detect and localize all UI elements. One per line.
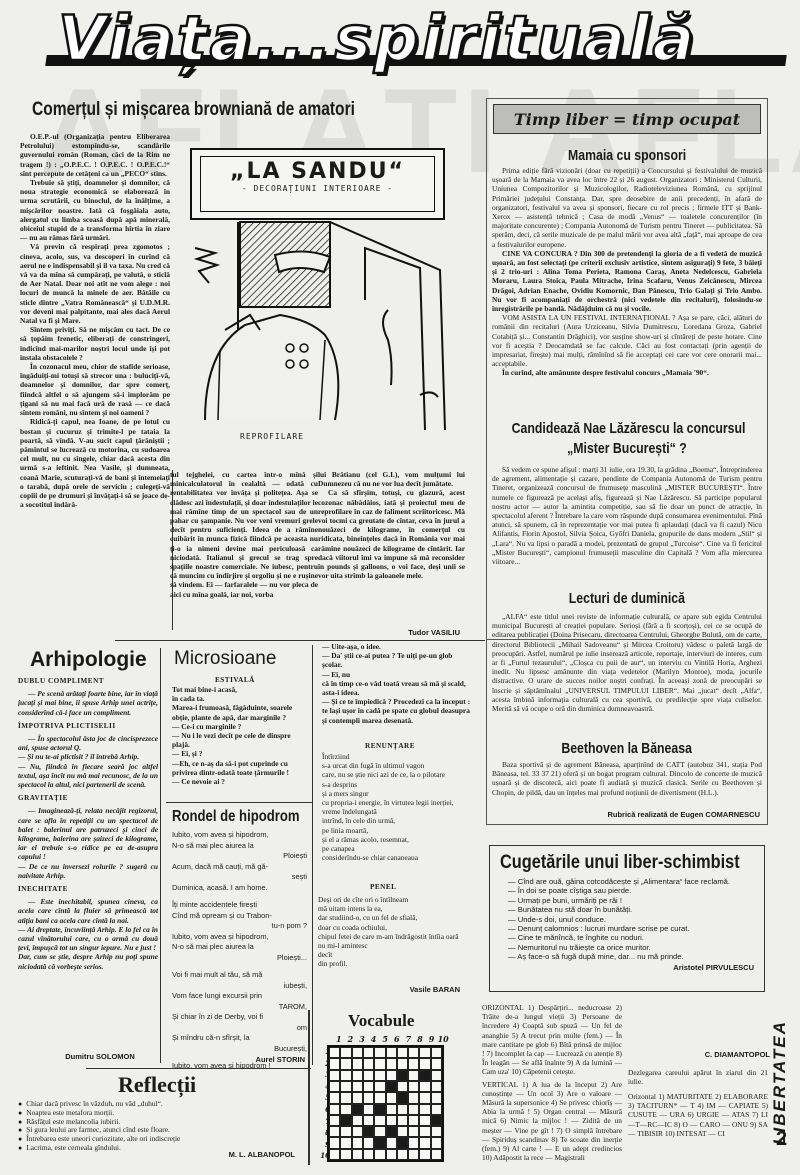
crossword-column-numbers: 12345678910: [333, 1034, 473, 1044]
estivala-kicker: ESTIVALĂ: [215, 676, 255, 684]
article-comert-col1: O.E.P.-ul (Organizația pentru Eliberarea…: [20, 132, 170, 632]
estivala-poem-part2: — Uite-așa, o idee. — Da' știi ce-ai put…: [322, 642, 472, 732]
crossword-cell[interactable]: [329, 1126, 340, 1137]
crossword-cell[interactable]: [340, 1047, 351, 1058]
poem-line: om: [172, 1023, 307, 1034]
poem-line: Voi fi mai mult al tău, să mă: [172, 970, 307, 981]
crossword-cell[interactable]: [386, 1115, 397, 1126]
crossword-cell[interactable]: [419, 1092, 430, 1103]
crossword-cell[interactable]: [340, 1137, 351, 1148]
crossword-cell[interactable]: [408, 1081, 419, 1092]
crossword-grid[interactable]: [327, 1045, 444, 1162]
crossword-cell[interactable]: [340, 1081, 351, 1092]
poem-line: Ploiești: [172, 851, 307, 862]
poem-line: Și chiar în zi de Derby, voi fi: [172, 1012, 307, 1023]
crossword-cell[interactable]: [329, 1149, 340, 1160]
horizontal-divider: [115, 640, 485, 641]
crossword-cell[interactable]: [363, 1092, 374, 1103]
column-number: 3: [356, 1034, 368, 1044]
column-number: 10: [437, 1034, 449, 1044]
crossword-cell[interactable]: [352, 1137, 363, 1148]
crossword-cell[interactable]: [363, 1047, 374, 1058]
poem-line: Iubito, vom avea și hipodrom,: [172, 932, 307, 943]
horizontal-divider: [166, 802, 312, 803]
crossword-cell[interactable]: [374, 1058, 385, 1069]
crossword-cell: [397, 1092, 408, 1103]
crossword-cell[interactable]: [397, 1104, 408, 1115]
arhipologie-title: Arhipologie: [30, 648, 147, 672]
crossword-cell[interactable]: [408, 1104, 419, 1115]
poem-line: N-o să mai plec aiurea la: [172, 841, 307, 852]
crossword-cell[interactable]: [363, 1115, 374, 1126]
crossword-cell[interactable]: [329, 1081, 340, 1092]
crossword-cell[interactable]: [408, 1126, 419, 1137]
crossword-cell[interactable]: [352, 1115, 363, 1126]
crossword-cell[interactable]: [374, 1115, 385, 1126]
crossword-cell[interactable]: [397, 1126, 408, 1137]
crossword-cell[interactable]: [363, 1137, 374, 1148]
crossword-cell[interactable]: [329, 1070, 340, 1081]
crossword-cell[interactable]: [352, 1047, 363, 1058]
estivala-poem-part1: Tot mai bine-i acasă, în cada ta. Marea-…: [172, 685, 307, 795]
crossword-cell[interactable]: [419, 1104, 430, 1115]
crossword-cell[interactable]: [431, 1058, 442, 1069]
crossword-cell[interactable]: [408, 1115, 419, 1126]
cugetari-box: Cugetările unui liber-schimbist — Cînd a…: [489, 845, 765, 992]
column-divider: [308, 1010, 310, 1165]
crossword-cell[interactable]: [374, 1149, 385, 1160]
author-diamantopol: C. DIAMANTOPOL: [680, 1050, 770, 1059]
crossword-cell[interactable]: [363, 1104, 374, 1115]
masthead: Viața...spirituală: [40, 8, 775, 70]
crossword-cell[interactable]: [363, 1058, 374, 1069]
cartoon-drawing-icon: [180, 140, 485, 430]
crossword-cell[interactable]: [386, 1104, 397, 1115]
poem-line: tu-n pom ?: [172, 921, 307, 932]
crossword-cell[interactable]: [397, 1149, 408, 1160]
column-number: 9: [426, 1034, 438, 1044]
crossword-cell[interactable]: [408, 1047, 419, 1058]
crossword-cell[interactable]: [386, 1047, 397, 1058]
crossword-cell[interactable]: [408, 1070, 419, 1081]
poem-line: Acum, dacă mă cauți, mă gă-: [172, 862, 307, 873]
crossword-cell[interactable]: [419, 1058, 430, 1069]
crossword-cell[interactable]: [419, 1115, 430, 1126]
crossword-cell[interactable]: [431, 1126, 442, 1137]
crossword-cell[interactable]: [397, 1081, 408, 1092]
poem-line: TAROM,: [172, 1002, 307, 1013]
author-storin: Aurel STORIN: [220, 1055, 305, 1064]
renuntare-kicker: RENUNȚARE: [365, 742, 415, 750]
crossword-cell[interactable]: [352, 1070, 363, 1081]
crossword-cell[interactable]: [408, 1092, 419, 1103]
column-divider: [160, 648, 161, 1063]
page-title: Viața...spirituală: [58, 2, 697, 75]
crossword-cell[interactable]: [340, 1092, 351, 1103]
poem-line: Ploiești...: [172, 953, 307, 964]
crossword-cell[interactable]: [431, 1081, 442, 1092]
cartoon-illustration: „LA SANDU“ - DECORAȚIUNI INTERIOARE -: [180, 140, 485, 430]
article-comert-col3: lui Brătianu (cel G.I.), vom mulțumi lui…: [318, 470, 465, 610]
crossword-cell[interactable]: [352, 1126, 363, 1137]
crossword-cell: [352, 1104, 363, 1115]
crossword-cell[interactable]: [419, 1081, 430, 1092]
renuntare-poem: Întîrziind s-a urcat din fugă în ultimul…: [322, 752, 472, 860]
penel-kicker: PENEL: [370, 883, 396, 891]
crossword-cell: [374, 1104, 385, 1115]
crossword-cell[interactable]: [419, 1137, 430, 1148]
crossword-cell[interactable]: [386, 1058, 397, 1069]
author-baran: Vasile BARAN: [360, 985, 460, 994]
crossword-cell[interactable]: [431, 1092, 442, 1103]
crossword-cell[interactable]: [340, 1104, 351, 1115]
crossword-cell[interactable]: [363, 1149, 374, 1160]
crossword-cell[interactable]: [408, 1058, 419, 1069]
crossword-cell[interactable]: [340, 1149, 351, 1160]
crossword-cell[interactable]: [431, 1137, 442, 1148]
timp-liber-frame: [486, 98, 768, 825]
crossword-cell: [386, 1126, 397, 1137]
crossword-cell: [419, 1070, 430, 1081]
arhipologie-article: DUBLU COMPLIMENT — Pe scenă arătați foar…: [18, 672, 158, 1052]
crossword-cell[interactable]: [386, 1137, 397, 1148]
poem-line: Vom face lungi excursii prin: [172, 991, 307, 1002]
crossword-cell[interactable]: [374, 1092, 385, 1103]
author-solomon: Dumitru SOLOMON: [40, 1052, 160, 1061]
poem-line: Duminica, acasă. I am home.: [172, 883, 307, 894]
penel-poem: Deși ori de cîte ori o întîlneam mă uita…: [318, 895, 468, 985]
poem-line: Și mîndru că-n sfîrșit, la: [172, 1033, 307, 1044]
crossword-cell: [386, 1081, 397, 1092]
crossword-cell[interactable]: [374, 1047, 385, 1058]
column-number: 8: [414, 1034, 426, 1044]
crossword-cell[interactable]: [329, 1047, 340, 1058]
crossword-cell[interactable]: [431, 1104, 442, 1115]
article-comert-col2: tul tejghelei, cu cartea într-o mînă și …: [170, 470, 318, 630]
crossword-cell[interactable]: [329, 1115, 340, 1126]
crossword-cell[interactable]: [397, 1115, 408, 1126]
column-number: 5: [379, 1034, 391, 1044]
crossword-cell[interactable]: [374, 1070, 385, 1081]
headline-comert: Comerțul și mișcarea browniană de amator…: [32, 99, 426, 121]
crossword-cell[interactable]: [363, 1070, 374, 1081]
crossword-cell[interactable]: [329, 1104, 340, 1115]
cugetari-title: Cugetările unui liber-schimbist: [500, 852, 754, 874]
column-number: 2: [345, 1034, 357, 1044]
crossword-cell[interactable]: [329, 1137, 340, 1148]
author-vasiliu: Tudor VASILIU: [370, 628, 460, 637]
crossword-cell: [397, 1137, 408, 1148]
cugetari-list: — Cînd are ouă, găina cotcodăcește și „A…: [500, 877, 754, 962]
crossword-cell[interactable]: [431, 1047, 442, 1058]
poem-line: Cînd mă opream și cu Trabon-: [172, 911, 307, 922]
crossword-cell[interactable]: [329, 1092, 340, 1103]
crossword-cell[interactable]: [386, 1092, 397, 1103]
crossword-cell[interactable]: [431, 1149, 442, 1160]
crossword-cell: [397, 1070, 408, 1081]
crossword-cell[interactable]: [340, 1126, 351, 1137]
crossword-cell[interactable]: [352, 1092, 363, 1103]
crossword-cell: [340, 1115, 351, 1126]
crossword-cell[interactable]: [352, 1081, 363, 1092]
poem-line: iubești,: [172, 981, 307, 992]
crossword-cell[interactable]: [386, 1149, 397, 1160]
cartoon-caption: REPROFILARE: [240, 432, 304, 441]
microsioane-title: Microsioane: [174, 648, 276, 670]
column-number: 1: [333, 1034, 345, 1044]
crossword-cell[interactable]: [408, 1137, 419, 1148]
crossword-clues: ORIZONTAL 1) Despărțiri... neducroase 2)…: [482, 1003, 622, 1168]
dezlegare-intro: Dezlegarea careului apărut în ziarul din…: [628, 1068, 768, 1086]
crossword-cell[interactable]: [329, 1058, 340, 1069]
crossword-cell[interactable]: [408, 1149, 419, 1160]
newspaper-logo: LIBERTATEA: [770, 1020, 790, 1145]
poem-line: N-o să mai plec aiurea la: [172, 942, 307, 953]
column-number: 6: [391, 1034, 403, 1044]
crossword-cell[interactable]: [352, 1149, 363, 1160]
crossword-cell[interactable]: [340, 1070, 351, 1081]
poem-line: Iubito, vom avea și hipodrom,: [172, 830, 307, 841]
reflectii-title: Reflecții: [118, 1072, 196, 1098]
column-divider: [312, 645, 313, 1065]
author-albanopol: M. L. ALBANOPOL: [200, 1150, 295, 1159]
reflectii-list: Chiar dacă privesc în văzduh, nu văd „du…: [18, 1100, 303, 1153]
crossword-cell[interactable]: [397, 1047, 408, 1058]
crossword-cell[interactable]: [419, 1149, 430, 1160]
crossword-cell[interactable]: [352, 1058, 363, 1069]
poem-line: sești: [172, 872, 307, 883]
horizontal-divider: [86, 1068, 311, 1069]
crossword-cell[interactable]: [340, 1058, 351, 1069]
crossword-cell[interactable]: [374, 1081, 385, 1092]
crossword-cell: [431, 1115, 442, 1126]
crossword-cell: [363, 1126, 374, 1137]
column-number: 4: [368, 1034, 380, 1044]
dezlegare-solution: Orizontal 1) MATURITATE 2) ELABORARE 3) …: [628, 1092, 768, 1138]
page-number: 2: [776, 1128, 787, 1151]
crossword-cell[interactable]: [386, 1070, 397, 1081]
column-number: 7: [403, 1034, 415, 1044]
poem-line: București,: [172, 1044, 307, 1055]
crossword-cell[interactable]: [419, 1126, 430, 1137]
crossword-cell: [374, 1137, 385, 1148]
poem-line: Îți minte accidentele firești: [172, 900, 307, 911]
rondel-poem: Iubito, vom avea și hipodrom,N-o să mai …: [172, 830, 307, 1072]
crossword-cell[interactable]: [363, 1081, 374, 1092]
crossword-cell[interactable]: [419, 1047, 430, 1058]
vocabule-title: Vocabule: [348, 1011, 414, 1031]
crossword-cell[interactable]: [374, 1126, 385, 1137]
rondel-title: Rondel de hipodrom: [172, 808, 328, 826]
author-pirvulescu: Aristotel PIRVULESCU: [500, 963, 754, 972]
crossword-cell[interactable]: [397, 1058, 408, 1069]
crossword-cell[interactable]: [431, 1070, 442, 1081]
